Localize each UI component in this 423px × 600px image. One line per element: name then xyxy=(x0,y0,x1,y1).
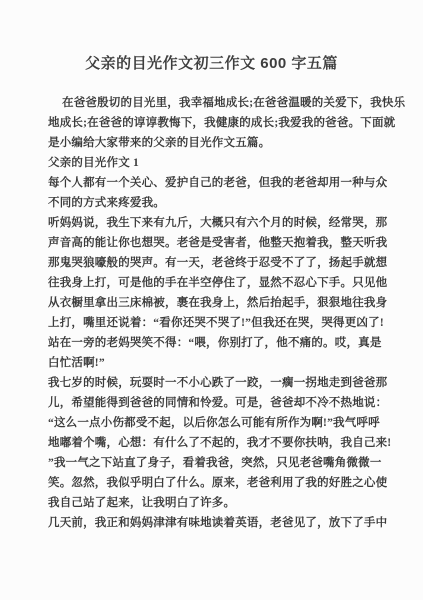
text-line: 地成长;在爸爸的谆谆教悔下，我健康的成长;我爱我的爸爸。下面就 xyxy=(48,113,390,133)
text-line: 地嘟着个嘴，心想：有什么了不起的，我才不要你扶呐，我自己来! xyxy=(48,433,390,453)
text-line: 声音高的能让你也想哭。老爸是受害者，他整天抱着我，整天听我 xyxy=(48,233,390,253)
text-line: ”我一气之下站直了身子，看着我爸，突然，只见老爸嘴角微微一 xyxy=(48,453,390,473)
text-line: 我自己站了起来，让我明白了许多。 xyxy=(48,493,390,513)
text-line: 每个人都有一个关心、爱护自己的老爸，但我的老爸却用一种与众 xyxy=(48,173,390,193)
text-line: 上打，嘴里还说着：“看你还哭不哭了!”但我还在哭，哭得更凶了! xyxy=(48,313,390,333)
text-line: “这么一点小伤都受不起，以后你怎么可能有所作为啊!”我气呼呼 xyxy=(48,413,390,433)
text-line: 儿，希望能得到爸爸的同情和怜爱。可是，爸爸却不冷不热地说： xyxy=(48,393,390,413)
text-line: 在爸爸殷切的目光里，我幸福地成长;在爸爸温暖的关爱下，我快乐 xyxy=(48,93,390,113)
text-line: 往我身上打，可是他的手在半空停住了，显然不忍心下手。只见他 xyxy=(48,273,390,293)
essay-body: 在爸爸殷切的目光里，我幸福地成长;在爸爸温暖的关爱下，我快乐 地成长;在爸爸的谆… xyxy=(48,93,390,533)
text-line: 从衣橱里拿出三床棉被，裹在我身上，然后抬起手，狠狠地往我身 xyxy=(48,293,390,313)
text-line: 那鬼哭狼嚎般的哭声。有一天，老爸终于忍受不了了，扬起手就想 xyxy=(48,253,390,273)
page-title: 父亲的目光作文初三作文 600 字五篇 xyxy=(0,54,423,74)
text-line: 站在一旁的老妈哭笑不得：“喂，你别打了，他不痛的。哎，真是 xyxy=(48,333,390,353)
text-line: 白忙活啊!” xyxy=(48,353,390,373)
text-line: 是小编给大家带来的父亲的目光作文五篇。 xyxy=(48,133,390,153)
section-heading: 父亲的目光作文 1 xyxy=(48,153,390,173)
text-line: 几天前，我正和妈妈津津有味地读着英语，老爸见了，放下了手中 xyxy=(48,513,390,533)
text-line: 听妈妈说，我生下来有九斤，大概只有六个月的时候，经常哭，那 xyxy=(48,213,390,233)
document-page: 父亲的目光作文初三作文 600 字五篇 在爸爸殷切的目光里，我幸福地成长;在爸爸… xyxy=(0,0,423,600)
text-line: 我七岁的时候，玩耍时一不小心跌了一跤，一瘸一拐地走到爸爸那 xyxy=(48,373,390,393)
text-line: 不同的方式来疼爱我。 xyxy=(48,193,390,213)
text-line: 笑。忽然，我似乎明白了什么。原来，老爸利用了我的好胜之心使 xyxy=(48,473,390,493)
